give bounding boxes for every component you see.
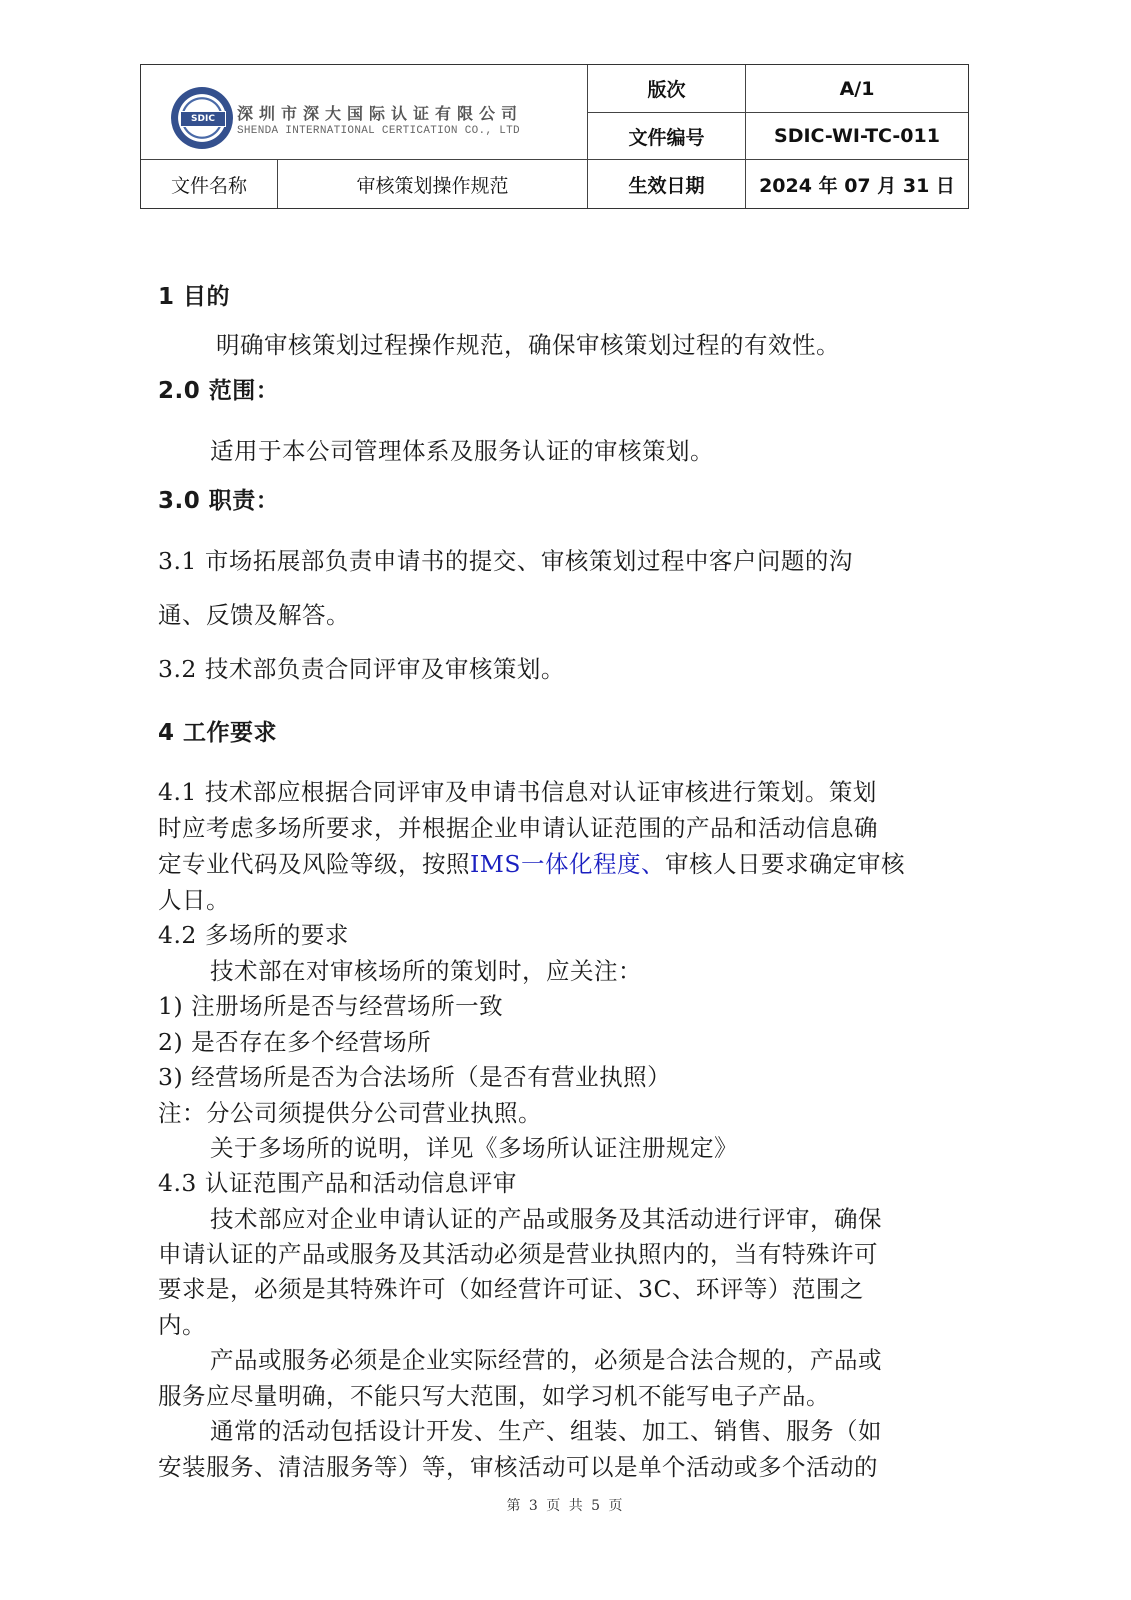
- section-4-3-title: 4.3 认证范围产品和活动信息评审: [158, 1164, 517, 1198]
- section-4-2-item: 1) 注册场所是否与经营场所一致: [158, 987, 503, 1021]
- section-4-3-p1-line-3: 要求是，必须是其特殊许可（如经营许可证、3C、环评等）范围之: [158, 1270, 864, 1304]
- section-4-1-line-1: 4.1 技术部应根据合同评审及申请书信息对认证审核进行策划。策划: [158, 773, 877, 807]
- document-header-table: SDIC 深圳市深大国际认证有限公司 SHENDA INTERNATIONAL …: [140, 64, 969, 209]
- company-name-en: SHENDA INTERNATIONAL CERTICATION CO., LT…: [237, 125, 520, 137]
- section-4-1-line-3: 定专业代码及风险等级，按照IMS一体化程度、审核人日要求确定审核: [158, 845, 905, 879]
- section-4-3-p2-line-1: 产品或服务必须是企业实际经营的，必须是合法合规的，产品或: [210, 1341, 882, 1375]
- section-4-1-line-3-pre: 定专业代码及风险等级，按照: [158, 850, 470, 878]
- section-4-1-line-3-post: 审核人日要求确定审核: [665, 850, 905, 878]
- section-4-3-p1-line-1: 技术部应对企业申请认证的产品或服务及其活动进行评审，确保: [210, 1200, 882, 1234]
- section-4-1-line-2: 时应考虑多场所要求，并根据企业申请认证范围的产品和活动信息确: [158, 809, 878, 843]
- section-4-2-note: 注：分公司须提供分公司营业执照。: [158, 1094, 542, 1128]
- section-4-3-p1-line-4: 内。: [158, 1306, 206, 1340]
- doc-no-label: 文件编号: [588, 113, 745, 159]
- doc-no-value: SDIC-WI-TC-011: [746, 113, 968, 159]
- section-4-3-p3-line-1: 通常的活动包括设计开发、生产、组装、加工、销售、服务（如: [210, 1412, 882, 1446]
- section-3-1-line-1: 3.1 市场拓展部负责申请书的提交、审核策划过程中客户问题的沟: [158, 542, 853, 576]
- section-3-title: 3.0 职责：: [158, 482, 279, 515]
- page-number: 第 3 页 共 5 页: [0, 1495, 1131, 1515]
- ims-integration-link[interactable]: IMS一体化程度、: [470, 850, 665, 878]
- section-4-2-item: 2) 是否存在多个经营场所: [158, 1023, 431, 1057]
- section-4-2-item: 3) 经营场所是否为合法场所（是否有营业执照）: [158, 1058, 671, 1092]
- section-2-text: 适用于本公司管理体系及服务认证的审核策划。: [210, 432, 714, 466]
- section-3-2: 3.2 技术部负责合同评审及审核策划。: [158, 650, 565, 684]
- section-1-text: 明确审核策划过程操作规范，确保审核策划过程的有效性。: [216, 326, 840, 360]
- version-label: 版次: [588, 65, 745, 112]
- section-4-2-ref: 关于多场所的说明，详见《多场所认证注册规定》: [210, 1129, 738, 1163]
- effective-date-label: 生效日期: [588, 160, 745, 208]
- section-4-3-p3-line-2: 安装服务、清洁服务等）等，审核活动可以是单个活动或多个活动的: [158, 1448, 878, 1482]
- section-3-1-line-2: 通、反馈及解答。: [158, 596, 350, 630]
- logo-badge: SDIC: [180, 111, 226, 127]
- company-logo: SDIC 深圳市深大国际认证有限公司 SHENDA INTERNATIONAL …: [171, 87, 571, 153]
- section-4-3-p1-line-2: 申请认证的产品或服务及其活动必须是营业执照内的，当有特殊许可: [158, 1235, 878, 1269]
- company-name-cn: 深圳市深大国际认证有限公司: [237, 101, 523, 124]
- section-4-2-intro: 技术部在对审核场所的策划时，应关注：: [210, 952, 642, 986]
- effective-date-value: 2024 年 07 月 31 日: [746, 160, 968, 208]
- section-4-title: 4 工作要求: [158, 714, 277, 747]
- section-4-1-line-4: 人日。: [158, 881, 230, 915]
- section-4-2-title: 4.2 多场所的要求: [158, 916, 349, 950]
- section-1-title: 1 目的: [158, 278, 230, 311]
- doc-name-value: 审核策划操作规范: [278, 160, 587, 208]
- section-4-3-p2-line-2: 服务应尽量明确，不能只写大范围，如学习机不能写电子产品。: [158, 1377, 830, 1411]
- doc-name-label: 文件名称: [141, 160, 277, 208]
- version-value: A/1: [746, 65, 968, 112]
- section-2-title: 2.0 范围：: [158, 372, 279, 405]
